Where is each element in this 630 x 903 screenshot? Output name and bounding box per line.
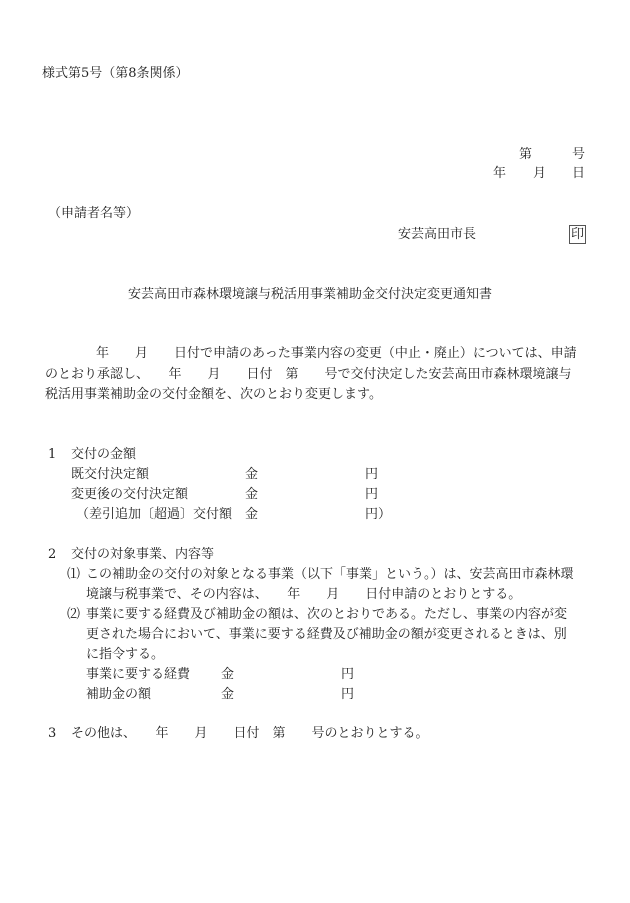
amount-row-en: 円 xyxy=(365,487,378,503)
subsidy-row-en: 円 xyxy=(341,687,354,703)
section2-heading: 交付の対象事業、内容等 xyxy=(71,547,214,563)
amount-row-kin: 金 xyxy=(245,487,258,503)
item2-line-1: 事業に要する経費及び補助金の額は、次のとおりである。ただし、事業の内容が変 xyxy=(86,607,567,623)
doc-number-dai: 第 xyxy=(519,147,532,163)
cost-row-kin: 金 xyxy=(221,667,234,683)
section1-number: 1 xyxy=(48,447,56,463)
seal-icon: 印 xyxy=(569,225,586,244)
amount-row-label: （差引追加〔超過〕交付額 xyxy=(76,507,232,523)
subsidy-row-label: 補助金の額 xyxy=(86,687,151,703)
section1-heading: 交付の金額 xyxy=(71,447,136,463)
issuer-name: 安芸高田市長 xyxy=(398,227,476,243)
amount-row-label: 既交付決定額 xyxy=(71,467,149,483)
item2-line-2: 更された場合において、事業に要する経費及び補助金の額が変更されるときは、別 xyxy=(86,627,567,643)
addressee: （申請者名等） xyxy=(48,206,139,222)
form-label: 様式第5号（第8条関係） xyxy=(42,66,189,82)
body-line-3: 税活用事業補助金の交付金額を、次のとおり変更します。 xyxy=(45,387,382,403)
cost-row-en: 円 xyxy=(341,667,354,683)
amount-row-en: 円 xyxy=(365,467,378,483)
doc-number-go: 号 xyxy=(572,147,585,163)
amount-row-label: 変更後の交付決定額 xyxy=(71,487,188,503)
doc-date-year: 年 xyxy=(493,166,506,182)
body-line-2: のとおり承認し、 年 月 日付 第 号で交付決定した安芸高田市森林環境譲与 xyxy=(45,367,572,383)
amount-row-kin: 金 xyxy=(245,467,258,483)
subsidy-row-kin: 金 xyxy=(221,687,234,703)
amount-row-kin: 金 xyxy=(245,507,258,523)
doc-date-month: 月 xyxy=(533,166,546,182)
seal-mark: 印 xyxy=(569,225,586,244)
amount-row-en: 円） xyxy=(365,507,391,523)
doc-date-day: 日 xyxy=(572,166,585,182)
body-line-1: 年 月 日付で申請のあった事業内容の変更（中止・廃止）については、申請 xyxy=(96,346,577,362)
item2-line-3: に指令する。 xyxy=(86,647,164,663)
section3-text: その他は、 年 月 日付 第 号のとおりとする。 xyxy=(71,726,429,742)
item2-marker: ⑵ xyxy=(67,607,80,623)
section3-number: 3 xyxy=(48,726,56,742)
item1-line-1: この補助金の交付の対象となる事業（以下「事業」という。）は、安芸高田市森林環 xyxy=(86,567,574,583)
cost-row-label: 事業に要する経費 xyxy=(86,667,190,683)
item1-marker: ⑴ xyxy=(67,567,80,583)
document-title: 安芸高田市森林環境譲与税活用事業補助金交付決定変更通知書 xyxy=(128,287,492,303)
section2-number: 2 xyxy=(48,547,56,563)
item1-line-2: 境譲与税事業で、その内容は、 年 月 日付申請のとおりとする。 xyxy=(86,587,521,603)
